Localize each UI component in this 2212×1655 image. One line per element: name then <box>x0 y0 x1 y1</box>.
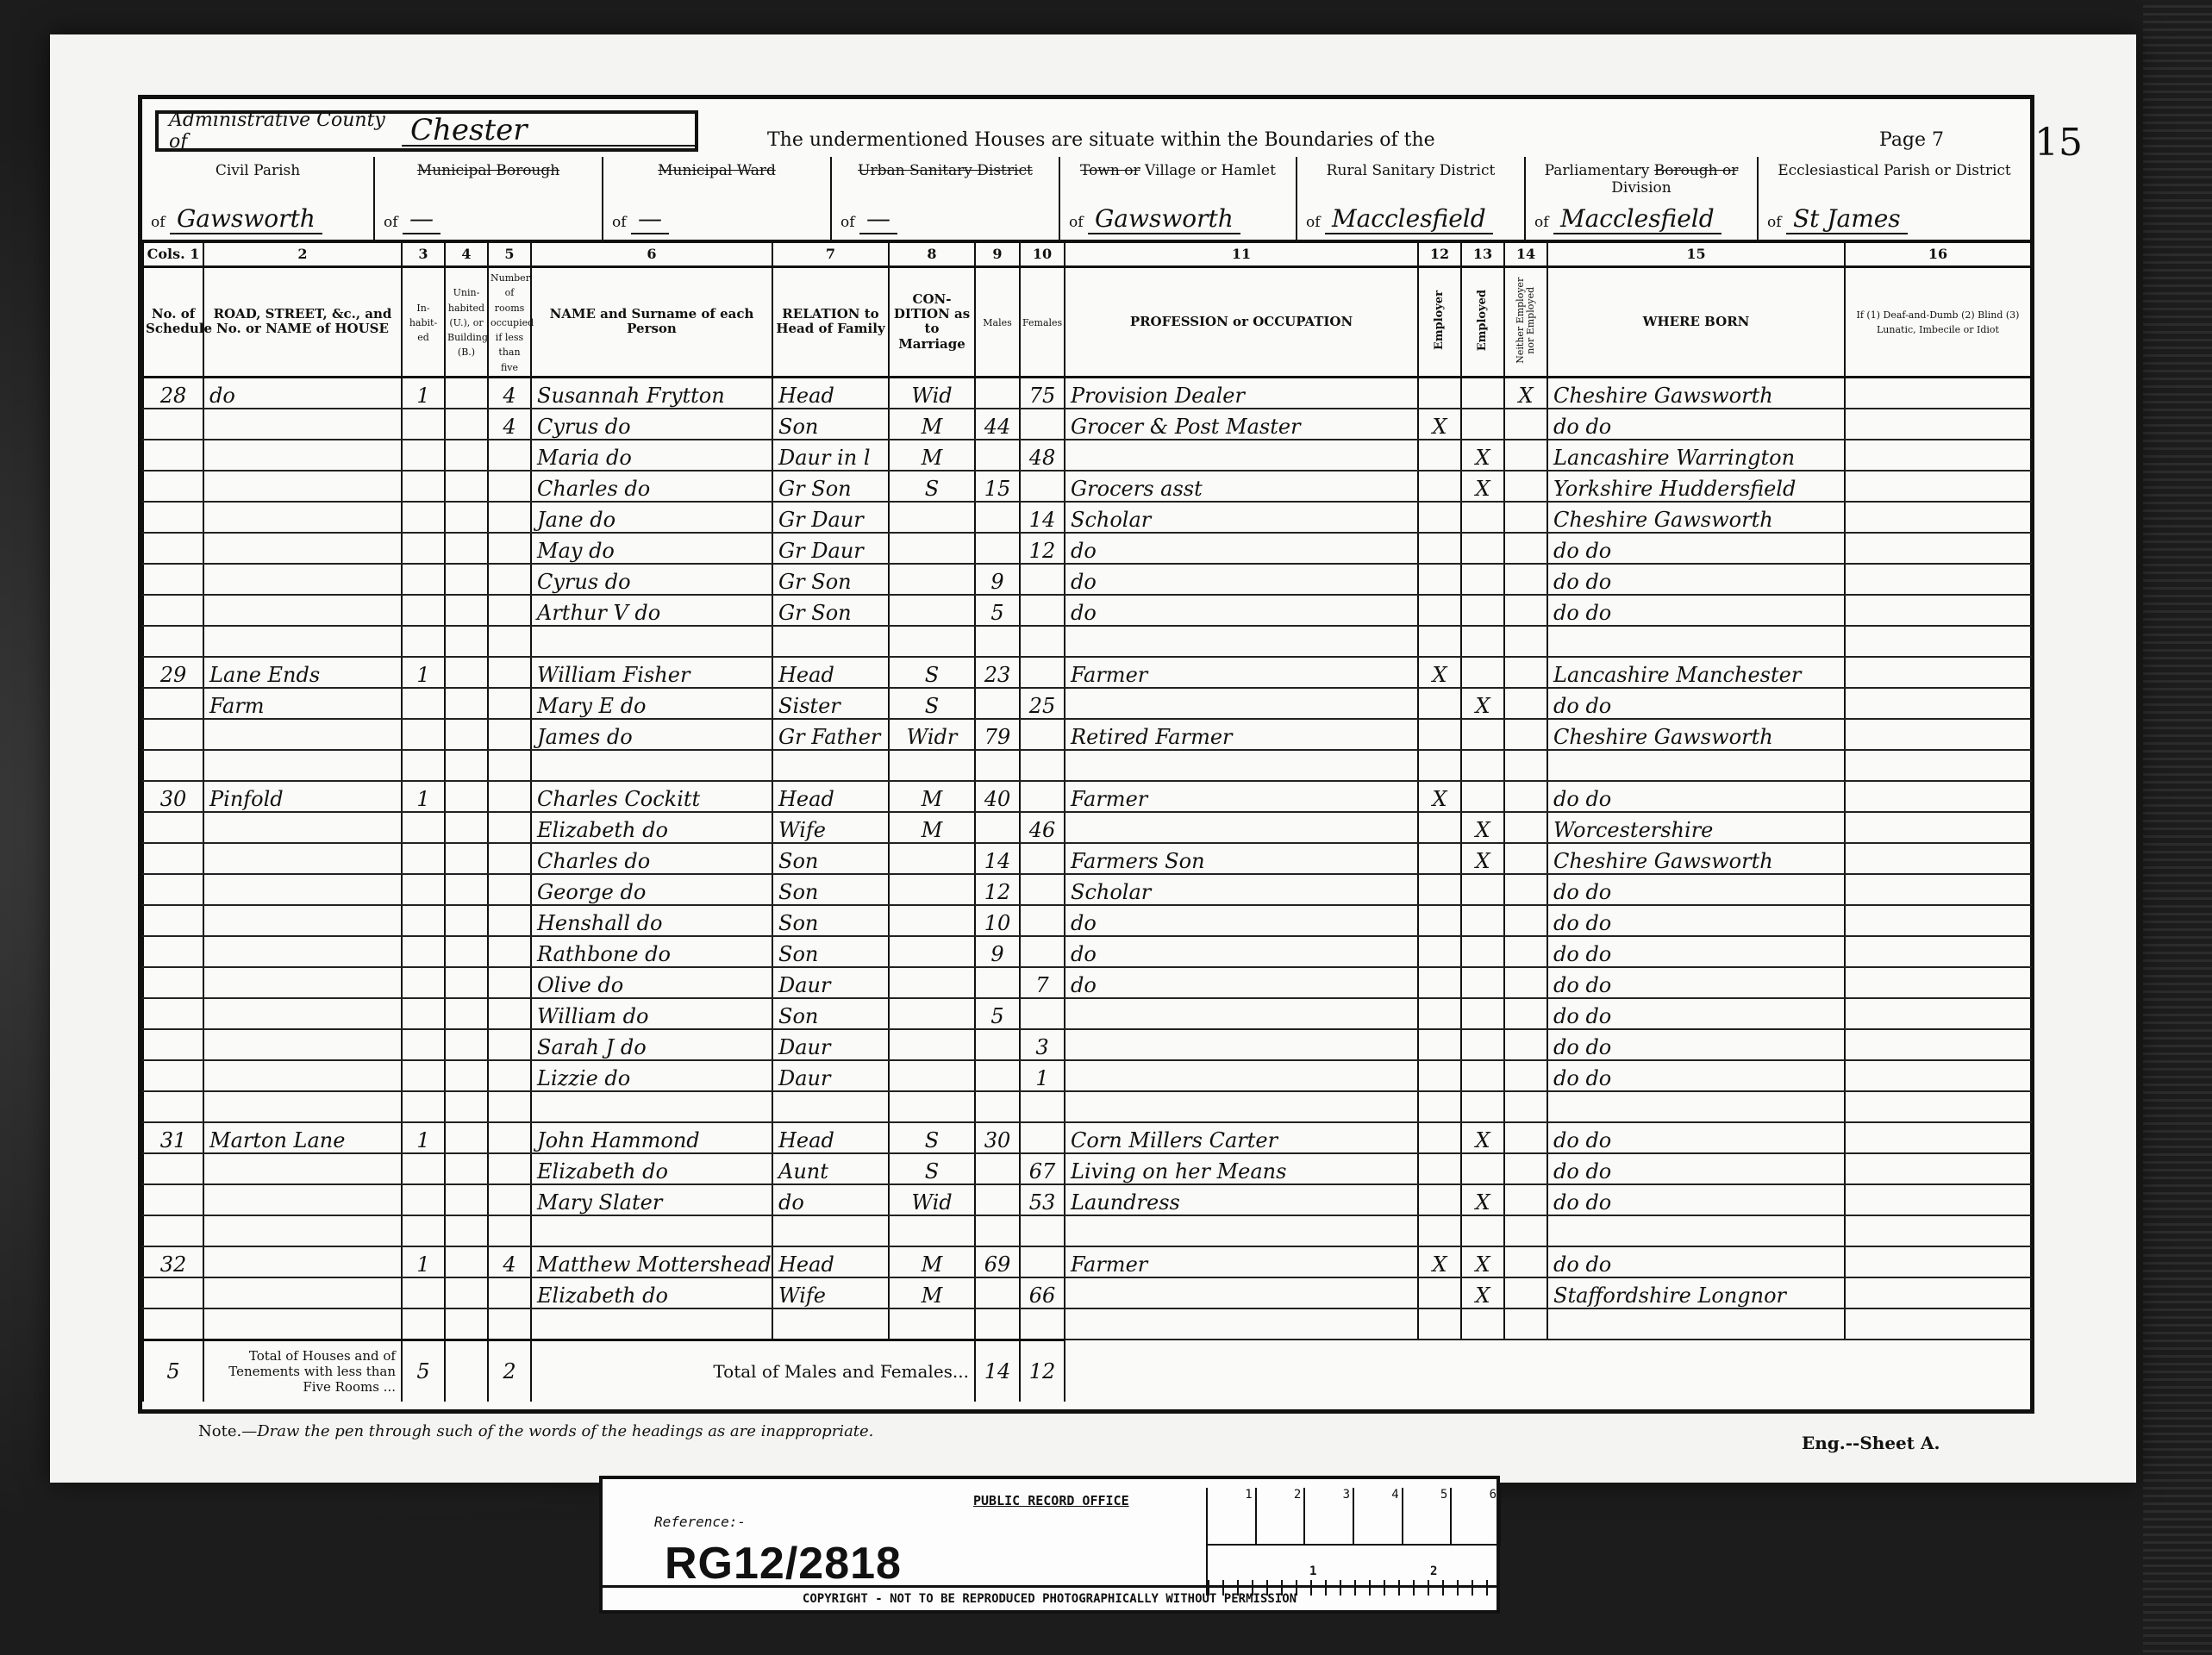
neither-cell <box>1504 998 1547 1029</box>
relation-cell: Head <box>772 1246 889 1277</box>
schedule-cell: 32 <box>143 1246 203 1277</box>
female-age-cell: 14 <box>1020 502 1065 533</box>
person-row: Elizabeth doAuntS67Living on her Meansdo… <box>143 1153 2031 1184</box>
employer-cell <box>1418 1029 1461 1060</box>
boundary-title: The undermentioned Houses are situate wi… <box>767 129 1435 151</box>
infirmity-cell <box>1845 440 2031 471</box>
relation-cell: Gr Daur <box>772 533 889 564</box>
address-cell <box>203 471 402 502</box>
header-inhabited-label: In-habit-ed <box>409 303 437 344</box>
occupation-cell: Farmers Son <box>1065 843 1418 874</box>
female-age-cell <box>1020 595 1065 626</box>
neither-cell <box>1504 1215 1547 1246</box>
of-prefix: of <box>1306 214 1321 231</box>
address-cell <box>203 595 402 626</box>
infirmity-cell <box>1845 936 2031 967</box>
infirmity-cell <box>1845 905 2031 936</box>
person-row: William doSon5do do <box>143 998 2031 1029</box>
employed-cell <box>1461 1029 1504 1060</box>
male-age-cell: 30 <box>975 1122 1020 1153</box>
relation-cell: Daur <box>772 1029 889 1060</box>
schedule-cell <box>143 626 203 657</box>
condition-cell: M <box>889 812 975 843</box>
condition-cell: S <box>889 1153 975 1184</box>
division-value: Macclesfield <box>1325 204 1493 234</box>
employed-cell <box>1461 998 1504 1029</box>
birthplace-cell: Lancashire Manchester <box>1547 657 1845 688</box>
birthplace-cell <box>1547 1308 1845 1340</box>
header-inhabited: In-habit-ed <box>402 267 445 378</box>
neither-cell <box>1504 905 1547 936</box>
female-age-cell <box>1020 1308 1065 1340</box>
schedule-cell <box>143 1215 203 1246</box>
employed-cell <box>1461 1091 1504 1122</box>
male-age-cell: 15 <box>975 471 1020 502</box>
birthplace-cell: Worcestershire <box>1547 812 1845 843</box>
employed-cell: X <box>1461 843 1504 874</box>
relation-cell: Gr Son <box>772 564 889 595</box>
female-age-cell: 3 <box>1020 1029 1065 1060</box>
person-row: 28do14Susannah FryttonHeadWid75Provision… <box>143 377 2031 409</box>
occupation-cell <box>1065 1277 1418 1308</box>
form-note: Note.—Draw the pen through such of the w… <box>198 1422 873 1440</box>
sheet-label: Eng.--Sheet A. <box>1802 1433 1940 1453</box>
rooms-cell <box>488 1153 531 1184</box>
condition-cell: Wid <box>889 1184 975 1215</box>
relation-cell: Sister <box>772 688 889 719</box>
uninhabited-cell <box>445 750 488 781</box>
employer-cell <box>1418 377 1461 409</box>
neither-cell <box>1504 1277 1547 1308</box>
header-employed-label: Employed <box>1477 290 1490 351</box>
division-parliamentary: Parliamentary Borough orDivision of Macc… <box>1526 157 1759 240</box>
rooms-cell <box>488 657 531 688</box>
address-cell <box>203 905 402 936</box>
relation-cell: Wife <box>772 1277 889 1308</box>
county-label: Administrative County of <box>169 109 390 153</box>
division-label-struck: Borough or <box>1654 162 1739 179</box>
infirmity-cell <box>1845 688 2031 719</box>
person-row: Charles doGr SonS15Grocers asstXYorkshir… <box>143 471 2031 502</box>
name-cell: Sarah J do <box>531 1029 772 1060</box>
condition-cell: S <box>889 657 975 688</box>
female-age-cell <box>1020 843 1065 874</box>
employed-cell <box>1461 502 1504 533</box>
birthplace-cell: Staffordshire Longnor <box>1547 1277 1845 1308</box>
schedule-cell: 30 <box>143 781 203 812</box>
infirmity-cell <box>1845 1308 2031 1340</box>
name-cell: Jane do <box>531 502 772 533</box>
address-cell <box>203 812 402 843</box>
infirmity-cell <box>1845 1029 2031 1060</box>
inhabited-cell <box>402 1029 445 1060</box>
employed-cell: X <box>1461 1246 1504 1277</box>
schedule-cell <box>143 874 203 905</box>
neither-cell <box>1504 750 1547 781</box>
relation-cell <box>772 626 889 657</box>
header-infirmity: If (1) Deaf-and-Dumb (2) Blind (3) Lunat… <box>1845 267 2031 378</box>
schedule-cell <box>143 1029 203 1060</box>
employer-cell <box>1418 1184 1461 1215</box>
schedule-cell <box>143 564 203 595</box>
colnum: 10 <box>1020 242 1065 267</box>
blank-row <box>143 1091 2031 1122</box>
condition-cell <box>889 595 975 626</box>
person-row: Elizabeth doWifeM66XStaffordshire Longno… <box>143 1277 2031 1308</box>
division-civil-parish: Civil Parish of Gawsworth <box>142 157 375 240</box>
uninhabited-cell <box>445 812 488 843</box>
schedule-cell <box>143 533 203 564</box>
address-cell <box>203 626 402 657</box>
header-employer: Employer <box>1418 267 1461 378</box>
infirmity-cell <box>1845 719 2031 750</box>
condition-cell: M <box>889 409 975 440</box>
infirmity-cell <box>1845 564 2031 595</box>
uninhabited-cell <box>445 1153 488 1184</box>
name-cell: Cyrus do <box>531 409 772 440</box>
relation-cell: Gr Son <box>772 471 889 502</box>
schedule-cell <box>143 750 203 781</box>
male-age-cell: 40 <box>975 781 1020 812</box>
birthplace-cell <box>1547 626 1845 657</box>
inhabited-cell <box>402 471 445 502</box>
header-condition: CON-DITION as to Marriage <box>889 267 975 378</box>
occupation-cell: Grocer & Post Master <box>1065 409 1418 440</box>
employed-cell <box>1461 936 1504 967</box>
female-age-cell <box>1020 750 1065 781</box>
rooms-cell <box>488 967 531 998</box>
condition-cell <box>889 533 975 564</box>
rooms-cell <box>488 1091 531 1122</box>
uninhabited-cell <box>445 377 488 409</box>
name-cell: Susannah Frytton <box>531 377 772 409</box>
name-cell: William Fisher <box>531 657 772 688</box>
division-municipal-borough: Municipal Borough of — <box>375 157 603 240</box>
uninhabited-cell <box>445 967 488 998</box>
inhabited-cell <box>402 440 445 471</box>
neither-cell <box>1504 843 1547 874</box>
uninhabited-cell <box>445 657 488 688</box>
divisions-header: Civil Parish of Gawsworth Municipal Boro… <box>142 157 2030 243</box>
schedule-cell: 31 <box>143 1122 203 1153</box>
condition-cell <box>889 1029 975 1060</box>
infirmity-cell <box>1845 595 2031 626</box>
infirmity-cell <box>1845 471 2031 502</box>
relation-cell: Head <box>772 657 889 688</box>
inhabited-cell <box>402 1060 445 1091</box>
employer-cell <box>1418 750 1461 781</box>
inhabited-cell <box>402 1091 445 1122</box>
employed-cell <box>1461 1060 1504 1091</box>
employer-cell <box>1418 936 1461 967</box>
uninhabited-cell <box>445 719 488 750</box>
relation-cell: Head <box>772 377 889 409</box>
condition-cell: M <box>889 1277 975 1308</box>
employed-cell <box>1461 719 1504 750</box>
ruler-tick: 1 <box>1208 1488 1257 1544</box>
rooms-cell <box>488 533 531 564</box>
uninhabited-cell <box>445 440 488 471</box>
relation-cell: do <box>772 1184 889 1215</box>
address-cell <box>203 1153 402 1184</box>
name-cell: Lizzie do <box>531 1060 772 1091</box>
colnum: 12 <box>1418 242 1461 267</box>
address-cell <box>203 750 402 781</box>
infirmity-cell <box>1845 1184 2031 1215</box>
neither-cell <box>1504 1246 1547 1277</box>
address-cell <box>203 564 402 595</box>
header-neither-label: Neither Employer nor Employed <box>1515 268 1536 372</box>
female-age-cell <box>1020 1246 1065 1277</box>
birthplace-cell: do do <box>1547 533 1845 564</box>
employed-cell <box>1461 595 1504 626</box>
condition-cell <box>889 1060 975 1091</box>
division-value: — <box>859 204 897 234</box>
occupation-cell <box>1065 812 1418 843</box>
schedule-cell <box>143 1184 203 1215</box>
rooms-cell <box>488 874 531 905</box>
female-age-cell <box>1020 874 1065 905</box>
employer-cell: X <box>1418 409 1461 440</box>
relation-cell: Son <box>772 843 889 874</box>
rooms-cell <box>488 1308 531 1340</box>
rooms-cell <box>488 812 531 843</box>
of-prefix: of <box>612 214 627 231</box>
name-cell: Elizabeth do <box>531 1153 772 1184</box>
header-name: NAME and Surname of each Person <box>531 267 772 378</box>
schedule-cell <box>143 440 203 471</box>
division-ecclesiastical: Ecclesiastical Parish or District of St … <box>1759 157 2030 240</box>
name-cell: Cyrus do <box>531 564 772 595</box>
address-cell <box>203 1308 402 1340</box>
infirmity-cell <box>1845 998 2031 1029</box>
occupation-cell: Living on her Means <box>1065 1153 1418 1184</box>
employer-cell <box>1418 564 1461 595</box>
employer-cell <box>1418 998 1461 1029</box>
name-cell: Elizabeth do <box>531 1277 772 1308</box>
colnum: 5 <box>488 242 531 267</box>
ruler-tick: 4 <box>1354 1488 1403 1544</box>
neither-cell <box>1504 657 1547 688</box>
condition-cell <box>889 626 975 657</box>
total-houses-label: Total of Houses and of Tenements with le… <box>203 1340 402 1402</box>
employed-cell <box>1461 1308 1504 1340</box>
total-schedules: 5 <box>143 1340 203 1402</box>
occupation-cell: Farmer <box>1065 1246 1418 1277</box>
rooms-cell <box>488 440 531 471</box>
name-cell: Elizabeth do <box>531 812 772 843</box>
uninhabited-cell <box>445 1277 488 1308</box>
person-row: Mary SlaterdoWid53LaundressXdo do <box>143 1184 2031 1215</box>
neither-cell <box>1504 564 1547 595</box>
schedule-cell: 28 <box>143 377 203 409</box>
employer-cell <box>1418 967 1461 998</box>
relation-cell <box>772 1215 889 1246</box>
male-age-cell <box>975 750 1020 781</box>
infirmity-cell <box>1845 1060 2031 1091</box>
uninhabited-cell <box>445 936 488 967</box>
schedule-cell <box>143 1277 203 1308</box>
employed-cell <box>1461 874 1504 905</box>
occupation-cell: do <box>1065 533 1418 564</box>
birthplace-cell: do do <box>1547 1029 1845 1060</box>
ruler-cm: 1 2 3 4 5 6 <box>1208 1488 1501 1546</box>
female-age-cell <box>1020 409 1065 440</box>
condition-cell <box>889 1215 975 1246</box>
rooms-cell <box>488 1277 531 1308</box>
address-cell <box>203 1091 402 1122</box>
relation-cell: Aunt <box>772 1153 889 1184</box>
division-value: Gawsworth <box>1088 204 1240 234</box>
neither-cell <box>1504 1029 1547 1060</box>
inhabited-cell <box>402 843 445 874</box>
name-cell: Matthew Mottershead <box>531 1246 772 1277</box>
rooms-cell <box>488 1122 531 1153</box>
occupation-cell <box>1065 1308 1418 1340</box>
relation-cell: Son <box>772 874 889 905</box>
occupation-cell: Corn Millers Carter <box>1065 1122 1418 1153</box>
female-age-cell <box>1020 626 1065 657</box>
uninhabited-cell <box>445 843 488 874</box>
female-age-cell <box>1020 564 1065 595</box>
infirmity-cell <box>1845 502 2031 533</box>
inhabited-cell <box>402 1277 445 1308</box>
rooms-cell <box>488 781 531 812</box>
condition-cell: S <box>889 1122 975 1153</box>
administrative-county: Administrative County of Chester <box>155 110 698 152</box>
employer-cell <box>1418 1215 1461 1246</box>
employer-cell: X <box>1418 657 1461 688</box>
employer-cell <box>1418 843 1461 874</box>
person-row: Sarah J doDaur3do do <box>143 1029 2031 1060</box>
neither-cell <box>1504 967 1547 998</box>
occupation-cell: do <box>1065 936 1418 967</box>
schedule-cell <box>143 905 203 936</box>
division-label: Municipal Ward <box>603 162 830 179</box>
inhabited-cell <box>402 533 445 564</box>
female-age-cell <box>1020 719 1065 750</box>
schedule-cell <box>143 688 203 719</box>
male-age-cell: 9 <box>975 564 1020 595</box>
address-cell <box>203 1184 402 1215</box>
relation-cell: Son <box>772 409 889 440</box>
address-cell <box>203 409 402 440</box>
relation-cell: Son <box>772 905 889 936</box>
inhabited-cell: 1 <box>402 1122 445 1153</box>
address-cell <box>203 1246 402 1277</box>
neither-cell <box>1504 409 1547 440</box>
inhabited-cell <box>402 936 445 967</box>
neither-cell <box>1504 812 1547 843</box>
condition-cell <box>889 1091 975 1122</box>
total-uninhabited <box>445 1340 488 1402</box>
total-inhabited: 5 <box>402 1340 445 1402</box>
uninhabited-cell <box>445 1184 488 1215</box>
rooms-cell <box>488 626 531 657</box>
condition-cell: Wid <box>889 377 975 409</box>
relation-cell: Head <box>772 1122 889 1153</box>
name-cell: James do <box>531 719 772 750</box>
address-cell <box>203 874 402 905</box>
female-age-cell <box>1020 1122 1065 1153</box>
name-cell: Henshall do <box>531 905 772 936</box>
schedule-cell: 29 <box>143 657 203 688</box>
header-neither: Neither Employer nor Employed <box>1504 267 1547 378</box>
occupation-cell <box>1065 626 1418 657</box>
reference-slip: PUBLIC RECORD OFFICE Reference:- RG12/28… <box>599 1476 1500 1614</box>
inhabited-cell <box>402 750 445 781</box>
employed-cell <box>1461 750 1504 781</box>
division-value: Macclesfield <box>1553 204 1721 234</box>
address-cell: Pinfold <box>203 781 402 812</box>
relation-cell: Daur <box>772 967 889 998</box>
employed-cell: X <box>1461 440 1504 471</box>
address-cell: do <box>203 377 402 409</box>
employed-cell <box>1461 409 1504 440</box>
birthplace-cell: do do <box>1547 688 1845 719</box>
uninhabited-cell <box>445 1060 488 1091</box>
ruler-tick: 2 <box>1430 1564 1437 1578</box>
total-rooms: 2 <box>488 1340 531 1402</box>
schedule-cell <box>143 1153 203 1184</box>
colnum: 14 <box>1504 242 1547 267</box>
occupation-cell: do <box>1065 564 1418 595</box>
female-age-cell <box>1020 1215 1065 1246</box>
name-cell: Mary E do <box>531 688 772 719</box>
schedule-cell <box>143 1091 203 1122</box>
inhabited-cell <box>402 1153 445 1184</box>
colnum: Cols. 1 <box>143 242 203 267</box>
condition-cell: S <box>889 471 975 502</box>
female-age-cell: 25 <box>1020 688 1065 719</box>
infirmity-cell <box>1845 812 2031 843</box>
person-row: Maria doDaur in lM48XLancashire Warringt… <box>143 440 2031 471</box>
header-relation: RELATION to Head of Family <box>772 267 889 378</box>
relation-cell: Daur <box>772 1060 889 1091</box>
employer-cell <box>1418 874 1461 905</box>
employed-cell: X <box>1461 1122 1504 1153</box>
total-blank <box>1065 1340 2031 1402</box>
employed-cell: X <box>1461 471 1504 502</box>
person-row: 3214Matthew MottersheadHeadM69FarmerXXdo… <box>143 1246 2031 1277</box>
infirmity-cell <box>1845 533 2031 564</box>
person-row: 29Lane Ends1William FisherHeadS23FarmerX… <box>143 657 2031 688</box>
infirmity-cell <box>1845 750 2031 781</box>
of-prefix: of <box>384 214 398 231</box>
address-cell <box>203 719 402 750</box>
division-label: Municipal Borough <box>375 162 602 179</box>
uninhabited-cell <box>445 626 488 657</box>
name-cell: John Hammond <box>531 1122 772 1153</box>
totals-row: 5 Total of Houses and of Tenements with … <box>143 1340 2031 1402</box>
employer-cell <box>1418 1122 1461 1153</box>
schedule-cell <box>143 967 203 998</box>
address-cell <box>203 1277 402 1308</box>
employer-cell <box>1418 1060 1461 1091</box>
employer-cell: X <box>1418 781 1461 812</box>
condition-cell <box>889 874 975 905</box>
male-age-cell <box>975 533 1020 564</box>
occupation-cell: Laundress <box>1065 1184 1418 1215</box>
employer-cell: X <box>1418 1246 1461 1277</box>
birthplace-cell: Lancashire Warrington <box>1547 440 1845 471</box>
infirmity-cell <box>1845 1091 2031 1122</box>
occupation-cell: Farmer <box>1065 657 1418 688</box>
name-cell: Maria do <box>531 440 772 471</box>
rooms-cell <box>488 905 531 936</box>
rooms-cell <box>488 471 531 502</box>
county-value: Chester <box>402 116 695 147</box>
